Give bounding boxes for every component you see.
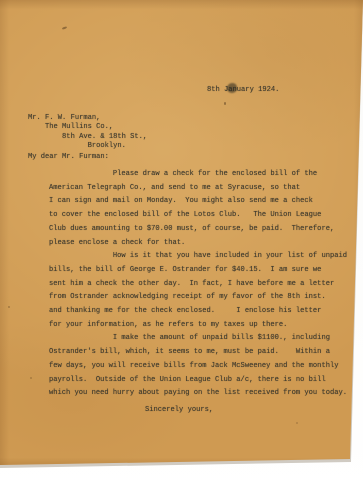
letter-date: 8th January 1924.: [207, 84, 279, 98]
paper-speck: [62, 26, 67, 30]
recipient-address: Mr. F. W. Furman, The Mullins Co., 8th A…: [28, 114, 147, 152]
paper-speck: [296, 422, 298, 424]
closing-valediction: Sincerely yours,: [145, 404, 213, 418]
letter-paper: 8th January 1924. Mr. F. W. Furman, The …: [0, 0, 363, 467]
paper-speck: [30, 377, 32, 379]
paper-speck: [8, 306, 10, 308]
ink-smudge: [227, 83, 237, 93]
paper-speck: [224, 102, 226, 105]
letter-body: Please draw a check for the enclosed bil…: [49, 168, 347, 401]
scanned-letter-page: { "scan": { "background_color": "#fbfbf9…: [0, 0, 363, 500]
salutation: My dear Mr. Furman:: [28, 151, 109, 165]
